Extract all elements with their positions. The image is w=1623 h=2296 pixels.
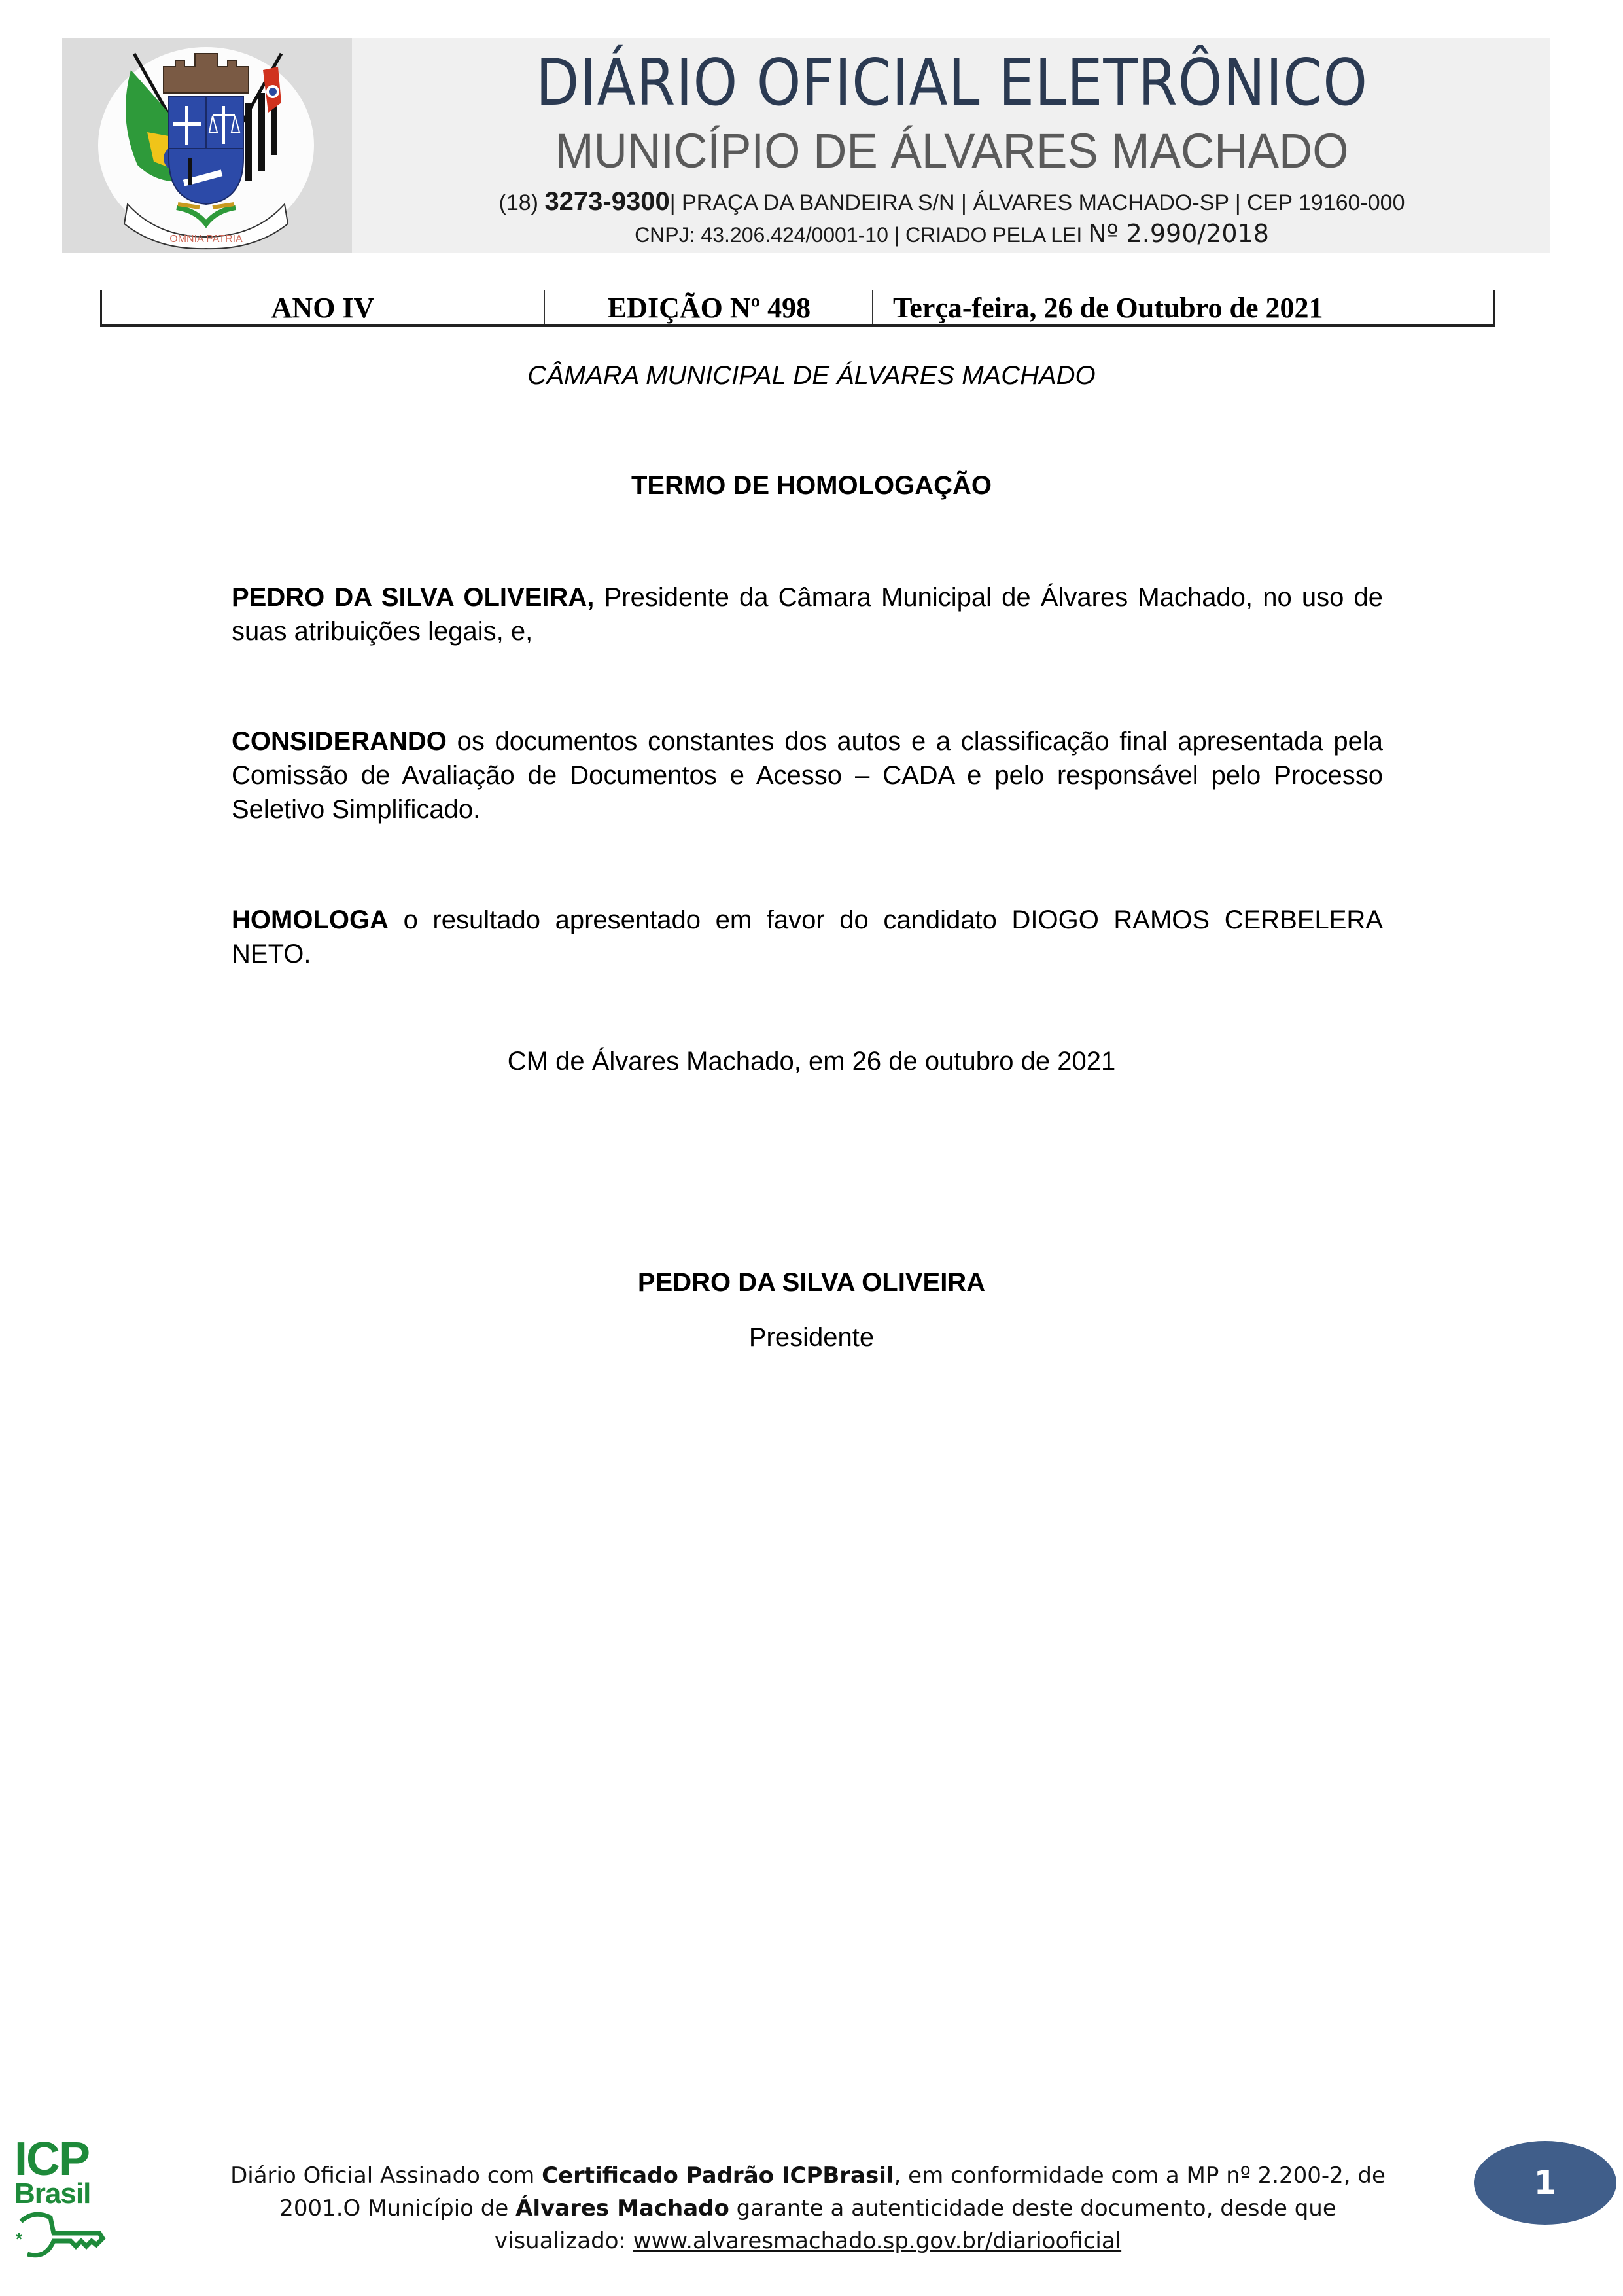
icp-brasil-logo: ICP Brasil * (14, 2136, 106, 2254)
footer-certificate-name: Certificado Padrão ICPBrasil (542, 2163, 894, 2189)
paragraph-lead: HOMOLOGA (232, 906, 389, 934)
svg-text:*: * (16, 2229, 23, 2249)
paragraph-lead: CONSIDERANDO (232, 727, 447, 756)
place-date: CM de Álvares Machado, em 26 de outubro … (0, 1047, 1623, 1076)
creation-law: Nº 2.990/2018 (1088, 219, 1269, 248)
publication-title: DIÁRIO OFICIAL ELETRÔNICO (425, 46, 1478, 120)
contact-line: (18) 3273-9300| PRAÇA DA BANDEIRA S/N | … (353, 187, 1550, 217)
cnpj-line: CNPJ: 43.206.424/0001-10 | CRIADO PELA L… (353, 219, 1550, 248)
edition-year: ANO IV (102, 290, 544, 324)
signatory-role: Presidente (0, 1323, 1623, 1352)
address: | PRAÇA DA BANDEIRA S/N | ÁLVARES MACHAD… (670, 190, 1405, 215)
svg-text:OMNIA PATRIA: OMNIA PATRIA (169, 234, 243, 245)
document-title: TERMO DE HOMOLOGAÇÃO (0, 471, 1623, 501)
diario-oficial-link[interactable]: www.alvaresmachado.sp.gov.br/diarioofici… (633, 2228, 1121, 2254)
municipal-crest-icon: OMNIA PATRIA (92, 41, 321, 250)
signatory-name: PEDRO DA SILVA OLIVEIRA (0, 1268, 1623, 1298)
paragraph-text: o resultado apresentado em favor do cand… (232, 906, 1383, 968)
icp-logo-text: ICP (14, 2136, 89, 2182)
edition-date: Terça-feira, 26 de Outubro de 2021 (872, 290, 1490, 324)
paragraph-considerando: CONSIDERANDO os documentos constantes do… (232, 724, 1383, 826)
cnpj: CNPJ: 43.206.424/0001-10 | CRIADO PELA L… (635, 223, 1088, 247)
key-icon: * (14, 2207, 106, 2259)
footer-text-1: Diário Oficial Assinado com (230, 2163, 542, 2189)
page-number-badge: 1 (1474, 2141, 1616, 2225)
footer-municipality: Álvares Machado (515, 2195, 729, 2221)
paragraph-homologa: HOMOLOGA o resultado apresentado em favo… (232, 903, 1383, 971)
phone-number: 3273-9300 (544, 187, 669, 216)
footer-certification-note: Diário Oficial Assinado com Certificado … (216, 2159, 1400, 2257)
edition-number: EDIÇÃO Nº 498 (544, 290, 873, 324)
organization-name: CÂMARA MUNICIPAL DE ÁLVARES MACHADO (0, 361, 1623, 391)
icp-logo-subtext: Brasil (14, 2180, 90, 2208)
paragraph-preamble: PEDRO DA SILVA OLIVEIRA, Presidente da C… (232, 580, 1383, 648)
paragraph-lead: PEDRO DA SILVA OLIVEIRA, (232, 583, 594, 612)
phone-area: (18) (499, 190, 545, 215)
edition-bar: ANO IV EDIÇÃO Nº 498 Terça-feira, 26 de … (100, 290, 1495, 327)
municipality-name: MUNICÍPIO DE ÁLVARES MACHADO (377, 123, 1527, 179)
